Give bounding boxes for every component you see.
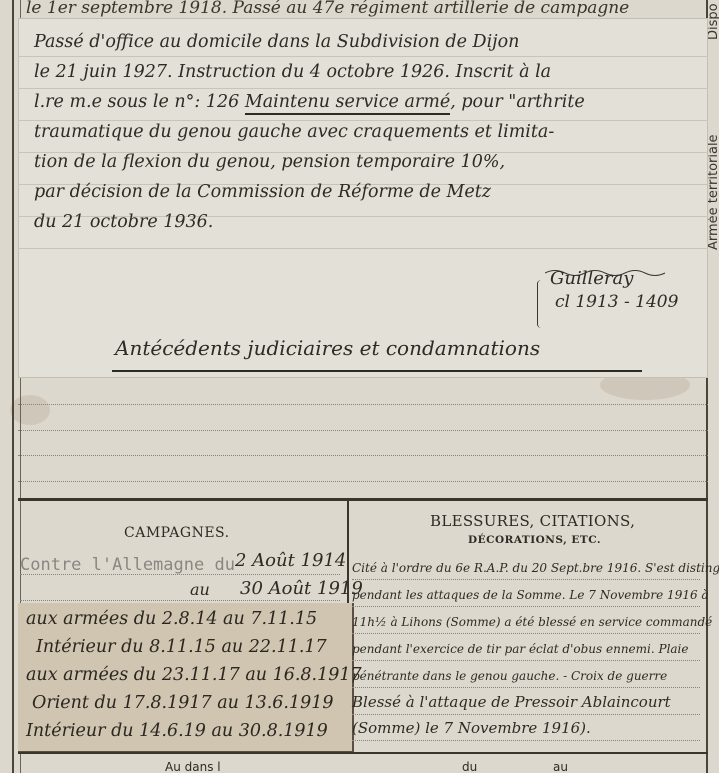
blessure-row: pendant les attaques de la Somme. Le 7 N… bbox=[352, 588, 709, 602]
dotted-line bbox=[352, 660, 700, 661]
blank-dotted-line bbox=[18, 455, 708, 456]
dotted-line bbox=[20, 600, 340, 601]
dotted-line bbox=[352, 687, 700, 688]
ruled-line bbox=[18, 248, 708, 249]
blessure-row: Blessé à l'attaque de Pressoir Ablaincou… bbox=[352, 693, 671, 711]
campagne-row: aux armées du 2.8.14 au 7.11.15 bbox=[26, 609, 317, 629]
dotted-line bbox=[352, 633, 700, 634]
dotted-line bbox=[352, 579, 700, 580]
slip-line-3: l.re m.e sous le n°: 126 Maintenu servic… bbox=[34, 92, 585, 112]
maintenu-service-arme: Maintenu service armé bbox=[245, 92, 450, 115]
campagnes-header: CAMPAGNES. bbox=[124, 525, 230, 541]
section-separator bbox=[18, 498, 708, 501]
slip-line-3-head: l.re m.e sous le n°: 126 bbox=[34, 92, 239, 112]
campagne-row: Intérieur du 14.6.19 au 30.8.1919 bbox=[26, 721, 328, 741]
blessure-row: pendant l'exercice de tir par éclat d'ob… bbox=[352, 642, 689, 656]
footer-du: du bbox=[462, 760, 477, 773]
antecedents-title: Antécédents judiciaires et condamnations bbox=[115, 336, 540, 360]
campagne-printed-label: Contre l'Allemagne du bbox=[20, 555, 235, 575]
campagne-date-to: 30 Août 1919 bbox=[240, 578, 363, 599]
antecedents-title-underline bbox=[112, 370, 642, 372]
slip-line-6: par décision de la Commission de Réforme… bbox=[34, 182, 491, 202]
pasted-annotation-slip: Passé d'office au domicile dans la Subdi… bbox=[18, 18, 708, 378]
ruled-line bbox=[18, 120, 708, 121]
campagne-row: aux armées du 23.11.17 au 16.8.1917 bbox=[26, 665, 362, 685]
blessure-row: Cité à l'ordre du 6e R.A.P. du 20 Sept.b… bbox=[352, 561, 719, 575]
blessure-row: (Somme) le 7 Novembre 1916). bbox=[352, 719, 591, 737]
slip-line-4: traumatique du genou gauche avec craquem… bbox=[34, 122, 554, 142]
campagne-date-from: 2 Août 1914 bbox=[235, 550, 346, 571]
dotted-line bbox=[352, 606, 700, 607]
paper-stain bbox=[10, 395, 50, 425]
blessure-row: 11h½ à Lihons (Somme) a été blessé en se… bbox=[352, 615, 712, 629]
blank-dotted-line bbox=[18, 481, 708, 482]
signature-bracket bbox=[537, 280, 546, 328]
footer-au-dans: Au dans l bbox=[165, 760, 221, 773]
campagnes-detail-slip: aux armées du 2.8.14 au 7.11.15 Intérieu… bbox=[18, 603, 354, 753]
slip-line-7: du 21 octobre 1936. bbox=[34, 212, 213, 232]
dotted-line bbox=[352, 740, 700, 741]
blank-dotted-line bbox=[18, 430, 708, 431]
top-entry-line: le 1er septembre 1918. Passé au 47e régi… bbox=[26, 0, 629, 18]
blessure-row: pénétrante dans le genou gauche. - Croix… bbox=[352, 669, 667, 683]
campagne-row: Orient du 17.8.1917 au 13.6.1919 bbox=[32, 693, 334, 713]
decorations-subheader: DÉCORATIONS, ETC. bbox=[468, 534, 601, 546]
slip-line-5: tion de la flexion du genou, pension tem… bbox=[34, 152, 505, 172]
slip-line-3-tail: , pour "arthrite bbox=[450, 92, 585, 112]
campagne-au-label: au bbox=[190, 580, 210, 599]
signature-class-reference: cl 1913 - 1409 bbox=[555, 292, 678, 312]
left-margin-rule bbox=[12, 0, 14, 773]
slip-line-1: Passé d'office au domicile dans la Subdi… bbox=[34, 32, 519, 52]
bottom-rule bbox=[18, 752, 708, 754]
signature-name: Guilleray bbox=[550, 268, 633, 289]
document-page: le 1er septembre 1918. Passé au 47e régi… bbox=[0, 0, 719, 773]
footer-au: au bbox=[553, 760, 568, 773]
ruled-line bbox=[18, 88, 708, 89]
blessures-header: BLESSURES, CITATIONS, bbox=[430, 512, 635, 530]
slip-line-2: le 21 juin 1927. Instruction du 4 octobr… bbox=[34, 62, 551, 82]
ruled-line bbox=[18, 56, 708, 57]
blank-dotted-line bbox=[18, 404, 708, 405]
dotted-line bbox=[352, 714, 700, 715]
dotted-line bbox=[20, 574, 340, 575]
campagne-row: Intérieur du 8.11.15 au 22.11.17 bbox=[36, 637, 327, 657]
